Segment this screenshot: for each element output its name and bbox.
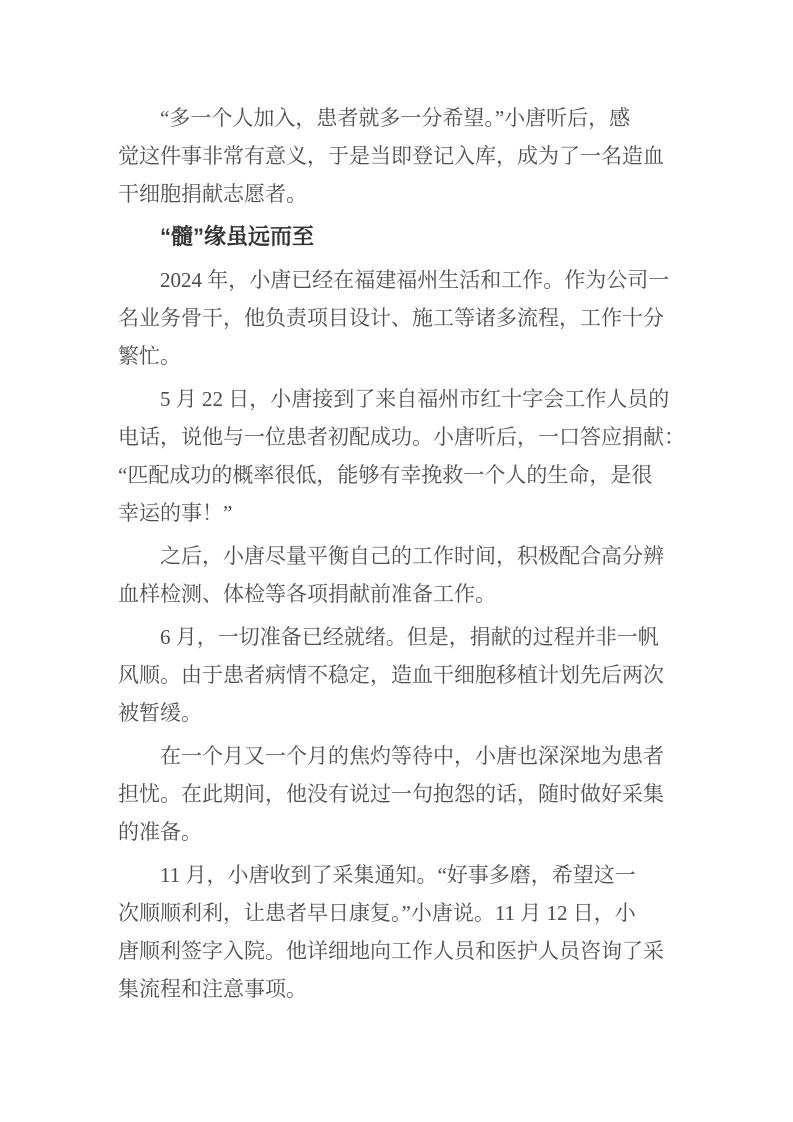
section-heading-marrow-bond: “髓”缘虽远而至 <box>118 218 678 256</box>
paragraph-2024-fuzhou: 2024 年，小唐已经在福建福州生活和工作。作为公司一 名业务骨干，他负责项目设… <box>118 261 678 375</box>
paragraph-join-registry: “多一个人加入，患者就多一分希望。”小唐听后，感 觉这件事非常有意义，于是当即登… <box>118 99 678 213</box>
paragraph-anxious-waiting: 在一个月又一个月的焦灼等待中，小唐也深深地为患者 担忧。在此期间，他没有说过一句… <box>118 737 678 851</box>
paragraph-november-collection: 11 月，小唐收到了采集通知。“好事多磨，希望这一 次顺顺利利，让患者早日康复。… <box>118 856 678 1008</box>
paragraph-may22-call: 5 月 22 日，小唐接到了来自福州市红十字会工作人员的 电话，说他与一位患者初… <box>118 380 678 532</box>
paragraph-preparation-work: 之后，小唐尽量平衡自己的工作时间，积极配合高分辨 血样检测、体检等各项捐献前准备… <box>118 537 678 613</box>
document-content: “多一个人加入，患者就多一分希望。”小唐听后，感 觉这件事非常有意义，于是当即登… <box>118 99 678 1013</box>
paragraph-june-delays: 6 月，一切准备已经就绪。但是，捐献的过程并非一帆 风顺。由于患者病情不稳定，造… <box>118 618 678 732</box>
document-page: “多一个人加入，患者就多一分希望。”小唐听后，感 觉这件事非常有意义，于是当即登… <box>0 0 793 1122</box>
